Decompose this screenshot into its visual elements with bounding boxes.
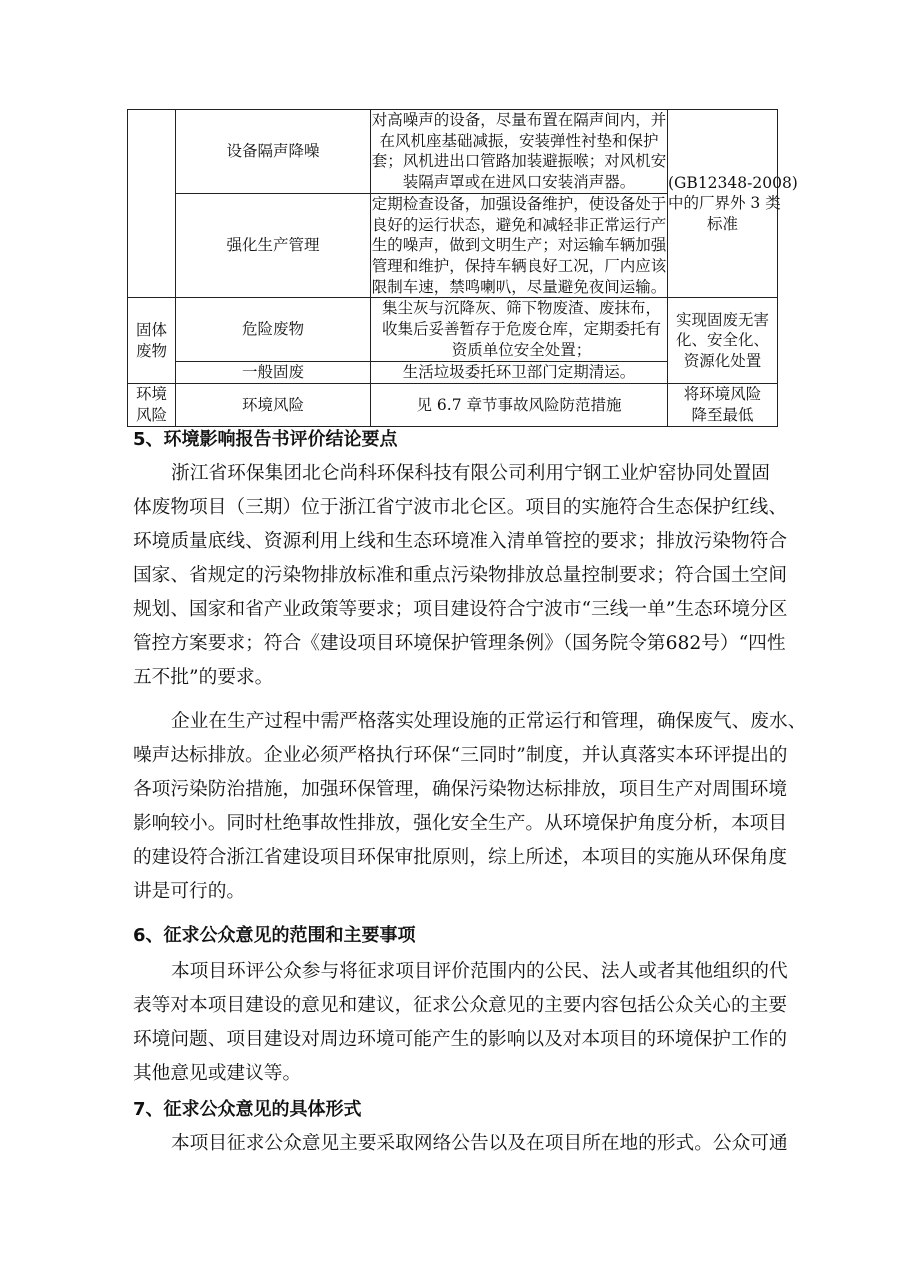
target-cell: (GB12348-2008) 中的厂界外 3 类 标准: [668, 110, 778, 298]
paragraph: 本项目征求公众意见主要采取网络公告以及在项目所在地的形式。公众可通: [133, 1127, 770, 1161]
measure-label: 危险废物: [242, 320, 304, 338]
description-line: 定期检查设备，加强设备维护，使设备处于: [371, 194, 667, 215]
target-line: 将环境风险: [668, 384, 777, 405]
measure-cell: 设备隔声降噪: [176, 110, 371, 194]
section-heading-5: 5、环境影响报告书评价结论要点: [133, 423, 770, 457]
description-line: 收集后妥善暂存于危废仓库，定期委托有: [371, 319, 667, 340]
table-row: 固体 废物 危险废物 集尘灰与沉降灰、筛下物废渣、废抹布， 收集后妥善暂存于危废…: [128, 298, 778, 362]
description-line: 对高噪声的设备，尽量布置在隔声间内，并: [371, 110, 667, 131]
target-line: 资源化处置: [668, 351, 777, 372]
pollution-control-table: 设备隔声降噪 对高噪声的设备，尽量布置在隔声间内，并 在风机座基础减振，安装弹性…: [127, 109, 773, 427]
category-cell: 环境 风险: [128, 384, 176, 426]
target-line: 中的厂界外 3 类: [668, 193, 777, 214]
description-line: 装隔声罩或在进风口安装消声器。: [371, 172, 667, 193]
category-cell-empty: [128, 110, 176, 298]
description-line: 资质单位安全处置；: [371, 340, 667, 361]
paragraph-line: 企业在生产过程中需严格落实处理设施的正常运行和管理，确保废气、废水、: [133, 705, 770, 739]
paragraph-line: 表等对本项目建设的意见和建议，征求公众意见的主要内容包括公众关心的主要: [133, 989, 770, 1023]
measure-label: 一般固废: [242, 363, 304, 381]
document-body: 5、环境影响报告书评价结论要点 浙江省环保集团北仑尚科环保科技有限公司利用宁钢工…: [133, 423, 770, 1161]
description-line: 集尘灰与沉降灰、筛下物废渣、废抹布，: [371, 298, 667, 319]
description-line: 见 6.7 章节事故风险防范措施: [371, 395, 667, 416]
description-cell: 定期检查设备，加强设备维护，使设备处于 良好的运行状态，避免和减轻非正常运行产 …: [371, 193, 668, 298]
section-heading-6: 6、征求公众意见的范围和主要事项: [133, 919, 770, 953]
measure-cell: 环境风险: [176, 384, 371, 426]
measure-cell: 危险废物: [176, 298, 371, 362]
table-row: 设备隔声降噪 对高噪声的设备，尽量布置在隔声间内，并 在风机座基础减振，安装弹性…: [128, 110, 778, 194]
paragraph-line: 环境质量底线、资源利用上线和生态环境准入清单管控的要求；排放污染物符合: [133, 525, 770, 559]
category-line: 固体: [128, 320, 175, 341]
paragraph-line: 本项目征求公众意见主要采取网络公告以及在项目所在地的形式。公众可通: [133, 1127, 770, 1161]
description-line: 套；风机进出口管路加装避振喉；对风机安: [371, 151, 667, 172]
paragraph-line: 五不批”的要求。: [133, 661, 770, 695]
paragraph-line: 各项污染防治措施，加强环保管理，确保污染物达标排放，项目生产对周围环境: [133, 773, 770, 807]
measure-cell: 强化生产管理: [176, 193, 371, 298]
paragraph-line: 浙江省环保集团北仑尚科环保科技有限公司利用宁钢工业炉窑协同处置固: [133, 457, 770, 491]
paragraph-line: 国家、省规定的污染物排放标准和重点污染物排放总量控制要求；符合国土空间: [133, 559, 770, 593]
measures-table: 设备隔声降噪 对高噪声的设备，尽量布置在隔声间内，并 在风机座基础减振，安装弹性…: [127, 109, 778, 427]
measure-label: 设备隔声降噪: [226, 142, 319, 160]
description-cell: 集尘灰与沉降灰、筛下物废渣、废抹布， 收集后妥善暂存于危废仓库，定期委托有 资质…: [371, 298, 668, 362]
paragraph-line: 规划、国家和省产业政策等要求；项目建设符合宁波市“三线一单”生态环境分区: [133, 593, 770, 627]
measure-cell: 一般固废: [176, 362, 371, 384]
target-line: 实现固废无害: [668, 310, 777, 331]
paragraph-line: 讲是可行的。: [133, 875, 770, 909]
table-row: 环境 风险 环境风险 见 6.7 章节事故风险防范措施 将环境风险 降至最低: [128, 384, 778, 426]
description-cell: 对高噪声的设备，尽量布置在隔声间内，并 在风机座基础减振，安装弹性衬垫和保护 套…: [371, 110, 668, 194]
measure-label: 环境风险: [242, 396, 304, 414]
paragraph: 浙江省环保集团北仑尚科环保科技有限公司利用宁钢工业炉窑协同处置固 体废物项目（三…: [133, 457, 770, 695]
target-line: 化、安全化、: [668, 330, 777, 351]
section-heading-7: 7、征求公众意见的具体形式: [133, 1093, 770, 1127]
measure-label: 强化生产管理: [226, 236, 319, 254]
paragraph-line: 噪声达标排放。企业必须严格执行环保“三同时”制度，并认真落实本环评提出的: [133, 739, 770, 773]
target-cell: 实现固废无害 化、安全化、 资源化处置: [668, 298, 778, 384]
description-line: 在风机座基础减振，安装弹性衬垫和保护: [371, 131, 667, 152]
paragraph-line: 体废物项目（三期）位于浙江省宁波市北仑区。项目的实施符合生态保护红线、: [133, 491, 770, 525]
paragraph: 企业在生产过程中需严格落实处理设施的正常运行和管理，确保废气、废水、 噪声达标排…: [133, 705, 770, 909]
paragraph-line: 其他意见或建议等。: [133, 1057, 770, 1091]
description-line: 良好的运行状态，避免和减轻非正常运行产: [371, 215, 667, 236]
description-line: 限制车速，禁鸣喇叭，尽量避免夜间运输。: [371, 277, 667, 298]
paragraph-line: 本项目环评公众参与将征求项目评价范围内的公民、法人或者其他组织的代: [133, 955, 770, 989]
category-line: 环境: [128, 384, 175, 405]
description-line: 生活垃圾委托环卫部门定期清运。: [371, 362, 667, 383]
target-line: (GB12348-2008): [668, 173, 777, 194]
category-cell: 固体 废物: [128, 298, 176, 384]
description-line: 管理和维护，保持车辆良好工况，厂内应该: [371, 256, 667, 277]
target-cell: 将环境风险 降至最低: [668, 384, 778, 426]
paragraph: 本项目环评公众参与将征求项目评价范围内的公民、法人或者其他组织的代 表等对本项目…: [133, 955, 770, 1091]
paragraph-line: 影响较小。同时杜绝事故性排放，强化安全生产。从环境保护角度分析，本项目: [133, 807, 770, 841]
target-line: 标准: [668, 214, 777, 235]
category-line: 废物: [128, 341, 175, 362]
paragraph-line: 管控方案要求；符合《建设项目环境保护管理条例》（国务院令第682号）“四性: [133, 627, 770, 661]
description-cell: 生活垃圾委托环卫部门定期清运。: [371, 362, 668, 384]
paragraph-line: 的建设符合浙江省建设项目环保审批原则，综上所述，本项目的实施从环保角度: [133, 841, 770, 875]
description-line: 生的噪声，做到文明生产；对运输车辆加强: [371, 235, 667, 256]
paragraph-line: 环境问题、项目建设对周边环境可能产生的影响以及对本项目的环境保护工作的: [133, 1023, 770, 1057]
description-cell: 见 6.7 章节事故风险防范措施: [371, 384, 668, 426]
